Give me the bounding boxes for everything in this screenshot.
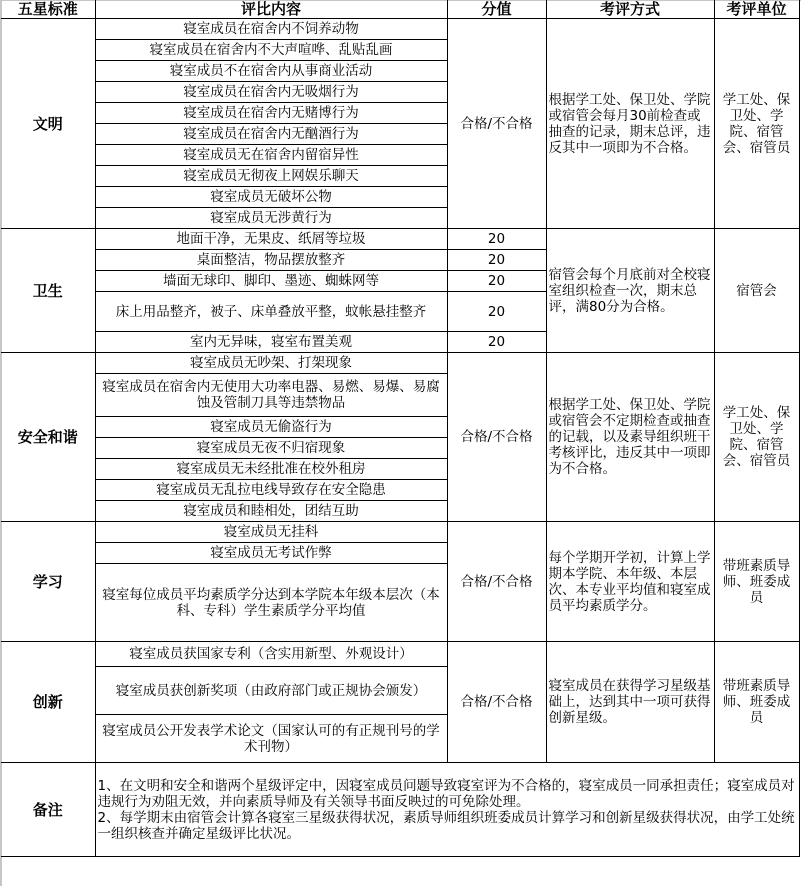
criterion-cell: 寝室成员在宿舍内不大声喧哗、乱贴乱画 [95,40,447,61]
score-cell: 合格/不合格 [447,19,546,229]
method-cell: 寝室成员在获得学习星级基础上，达到其中一项可获得创新星级。 [546,642,714,763]
criterion-cell: 室内无异味，寝室布置美观 [95,332,447,353]
score-cell: 20 [447,250,546,271]
header-standard: 五星标准 [1,0,95,19]
header-method: 考评方式 [546,0,714,19]
table-row: 卫生 地面干净，无果皮、纸屑等垃圾 20 宿管会每个月底前对全校寝室组织检查一次… [1,229,799,250]
score-cell: 20 [447,332,546,353]
criterion-cell: 寝室成员无涉黄行为 [95,208,447,229]
method-cell: 根据学工处、保卫处、学院或宿管会不定期检查或抽查的记载，以及素导组织班干考核评比… [546,353,714,522]
remarks-label: 备注 [1,763,95,857]
criterion-cell: 寝室成员不在宿舍内从事商业活动 [95,61,447,82]
remarks-line-1: 1、在文明和安全和谐两个星级评定中，因寝室成员问题导致寝室评为不合格的，寝室成员… [98,778,797,810]
criterion-cell: 寝室每位成员平均素质学分达到本学院本年级本层次（本科、专科）学生素质学分平均值 [95,564,447,642]
header-score: 分值 [447,0,546,19]
criterion-cell: 寝室成员在宿舍内无吸烟行为 [95,82,447,103]
unit-cell: 学工处、保卫处、学院、宿管会、宿管员 [714,353,799,522]
table-row: 创新 寝室成员获国家专利（含实用新型、外观设计） 合格/不合格 寝室成员在获得学… [1,642,799,667]
criterion-cell: 寝室成员无偷盗行为 [95,417,447,438]
table-row: 学习 寝室成员无挂科 合格/不合格 每个学期开学初，计算上学期本学院、本年级、本… [1,522,799,543]
criterion-cell: 寝室成员无未经批准在校外租房 [95,459,447,480]
method-cell: 根据学工处、保卫处、学院或宿管会每月30前检查或抽查的记录，期末总评，违反其中一… [546,19,714,229]
criterion-cell: 床上用品整齐，被子、床单叠放平整，蚊帐悬挂整齐 [95,292,447,332]
remarks-cell: 1、在文明和安全和谐两个星级评定中，因寝室成员问题导致寝室评为不合格的，寝室成员… [95,763,799,857]
score-cell: 合格/不合格 [447,642,546,763]
category-innovation: 创新 [1,642,95,763]
criterion-cell: 寝室成员和睦相处，团结互助 [95,501,447,522]
score-cell: 合格/不合格 [447,522,546,642]
criterion-cell: 寝室成员无破坏公物 [95,187,447,208]
header-content: 评比内容 [95,0,447,19]
category-study: 学习 [1,522,95,642]
method-cell: 每个学期开学初，计算上学期本学院、本年级、本层次、本专业平均值和寝室成员平均素质… [546,522,714,642]
method-cell: 宿管会每个月底前对全校寝室组织检查一次，期末总评，满80分为合格。 [546,229,714,353]
criterion-cell: 寝室成员无吵架、打架现象 [95,353,447,374]
header-unit: 考评单位 [714,0,799,19]
criterion-cell: 寝室成员无在宿舍内留宿异性 [95,145,447,166]
criterion-cell: 寝室成员公开发表学术论文（国家认可的有正规刊号的学术刊物） [95,715,447,763]
score-cell: 20 [447,229,546,250]
table-row: 安全和谐 寝室成员无吵架、打架现象 合格/不合格 根据学工处、保卫处、学院或宿管… [1,353,799,374]
score-cell: 20 [447,292,546,332]
unit-cell: 宿管会 [714,229,799,353]
score-cell: 20 [447,271,546,292]
unit-cell: 学工处、保卫处、学院、宿管会、宿管员 [714,19,799,229]
criterion-cell: 寝室成员在宿舍内无使用大功率电器、易燃、易爆、易腐蚀及管制刀具等违禁物品 [95,374,447,417]
remarks-row: 备注 1、在文明和安全和谐两个星级评定中，因寝室成员问题导致寝室评为不合格的，寝… [1,763,799,857]
criterion-cell: 寝室成员获国家专利（含实用新型、外观设计） [95,642,447,667]
criterion-cell: 寝室成员无乱拉电线导致存在安全隐患 [95,480,447,501]
category-safety-harmony: 安全和谐 [1,353,95,522]
remarks-line-2: 2、每学期末由宿管会计算各寝室三星级获得状况，素质导师组织班委成员计算学习和创新… [98,810,797,842]
criterion-cell: 寝室成员无夜不归宿现象 [95,438,447,459]
unit-cell: 带班素质导师、班委成员 [714,522,799,642]
criterion-cell: 寝室成员无考试作弊 [95,543,447,564]
category-civility: 文明 [1,19,95,229]
criterion-cell: 墙面无球印、脚印、墨迹、蜘蛛网等 [95,271,447,292]
header-row: 五星标准 评比内容 分值 考评方式 考评单位 [1,0,799,19]
category-hygiene: 卫生 [1,229,95,353]
criterion-cell: 寝室成员获创新奖项（由政府部门或正规协会颁发） [95,667,447,715]
criterion-cell: 地面干净，无果皮、纸屑等垃圾 [95,229,447,250]
five-star-dorm-standards-table: 五星标准 评比内容 分值 考评方式 考评单位 文明 寝室成员在宿舍内不饲养动物 … [1,0,800,857]
criterion-cell: 寝室成员在宿舍内无酗酒行为 [95,124,447,145]
criterion-cell: 寝室成员无彻夜上网娱乐聊天 [95,166,447,187]
criterion-cell: 桌面整洁，物品摆放整齐 [95,250,447,271]
criterion-cell: 寝室成员在宿舍内不饲养动物 [95,19,447,40]
score-cell: 合格/不合格 [447,353,546,522]
criterion-cell: 寝室成员无挂科 [95,522,447,543]
criterion-cell: 寝室成员在宿舍内无赌博行为 [95,103,447,124]
unit-cell: 带班素质导师、班委成员 [714,642,799,763]
table-row: 文明 寝室成员在宿舍内不饲养动物 合格/不合格 根据学工处、保卫处、学院或宿管会… [1,19,799,40]
